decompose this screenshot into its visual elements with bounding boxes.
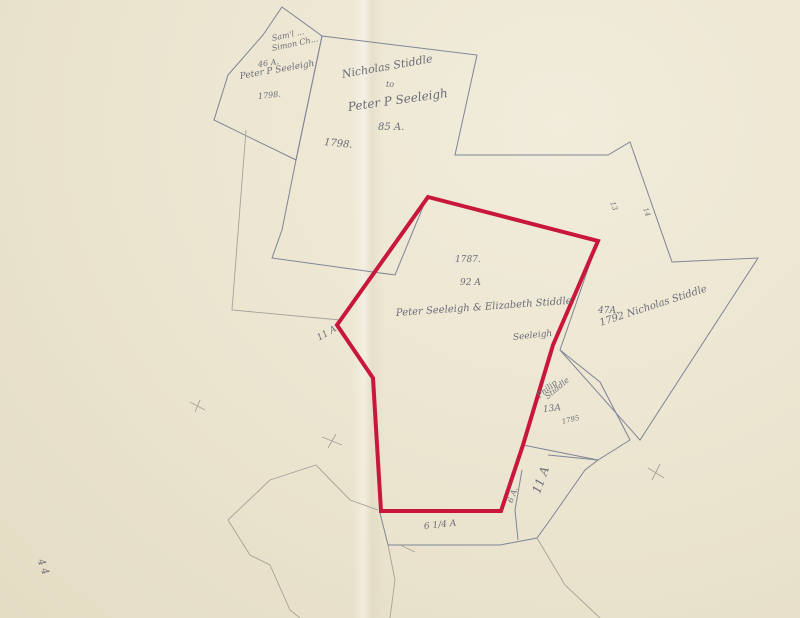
parcel-south-lower-boundary [537, 538, 600, 618]
faint-west-boundary [232, 130, 340, 320]
highlighted-parcel-boundary [337, 197, 598, 511]
survey-map-sheet: Sam'l ... Simon Ch... 46 A. Peter P Seel… [0, 0, 800, 618]
parcel-southwest-lower-boundary [228, 520, 300, 618]
label-small-east-3: 13A [542, 403, 561, 415]
label-highlight-2: 92 A [460, 278, 481, 288]
parcel-nw-small-boundary [214, 7, 322, 160]
parcel-south-inner-boundary [388, 545, 395, 618]
label-north-4: 85 A. [378, 122, 404, 133]
parcel-southwest-boundary [228, 465, 378, 520]
parcel-south-boundary [380, 445, 598, 545]
label-north-2: to [386, 80, 394, 89]
parcel-north-boundary [272, 36, 758, 440]
label-highlight-1: 1787. [455, 255, 481, 265]
parcel-south-narrow-boundary [515, 470, 522, 540]
